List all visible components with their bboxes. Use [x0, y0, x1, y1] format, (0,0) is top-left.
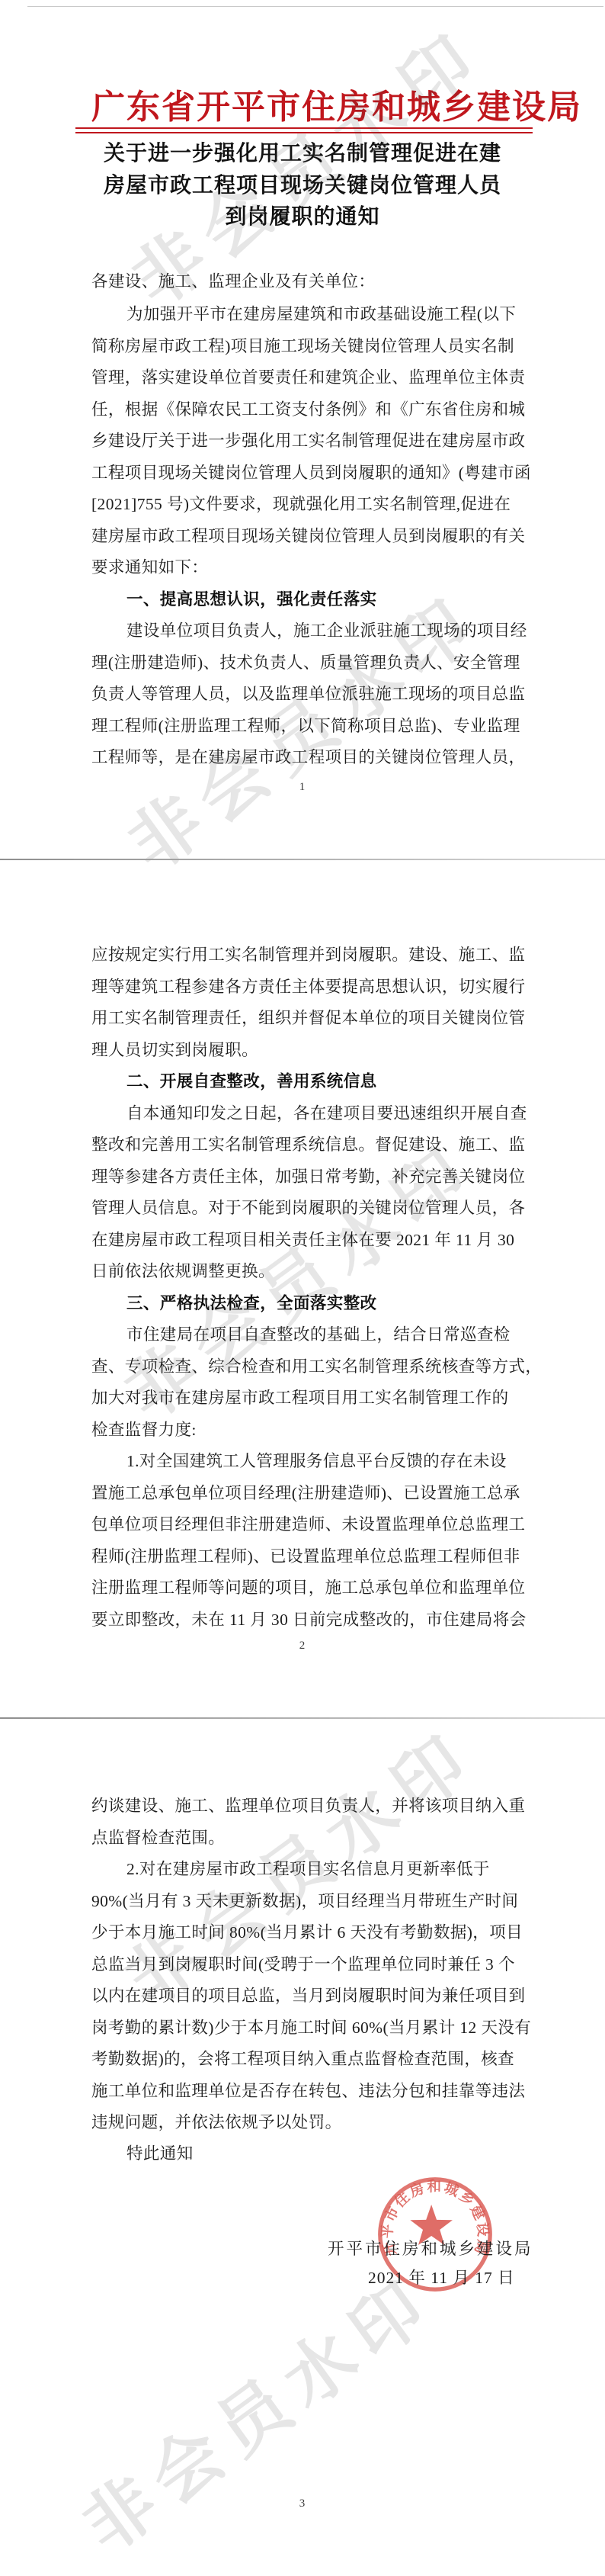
text-line: 注册监理工程师等问题的项目，施工总承包单位和监理单位	[91, 1572, 549, 1604]
signature-agency: 开平市住房和城乡建设局	[328, 2237, 571, 2260]
section-heading: 三、严格执法检查，全面落实整改	[91, 1288, 584, 1320]
text-line: 要立即整改，未在 11 月 30 日前完成整改的，市住建局将会	[91, 1604, 549, 1636]
text-line: 建房屋市政工程项目现场关键岗位管理人员到岗履职的有关	[91, 521, 549, 553]
official-notice-document: 广东省开平市住房和城乡建设局 关于进一步强化用工实名制管理促进在建 房屋市政工程…	[0, 0, 605, 2576]
title-line-2: 房屋市政工程项目现场关键岗位管理人员	[0, 170, 605, 202]
text-line: 理(注册建造师)、技术负责人、质量管理负责人、安全管理	[91, 647, 549, 679]
text-line: 2.对在建房屋市政工程项目实名信息月更新率低于	[91, 1854, 584, 1886]
page-number: 3	[0, 2497, 605, 2510]
text-line: 乡建设厅关于进一步强化用工实名制管理促进在建房屋市政	[91, 426, 549, 458]
text-line: 负责人等管理人员，以及监理单位派驻施工现场的项目总监	[91, 679, 549, 711]
text-line: 90%(当月有 3 天未更新数据)，项目经理当月带班生产时间	[91, 1886, 549, 1918]
text-line: 置施工总承包单位项目经理(注册建造师)、已设置施工总承	[91, 1478, 549, 1510]
text-line: 理等参建各方责任主体，加强日常考勤，补充完善关键岗位	[91, 1161, 549, 1193]
text-line: 点监督检查范围。	[91, 1823, 549, 1855]
agency-header: 广东省开平市住房和城乡建设局	[91, 79, 533, 128]
text-line: 少于本月施工时间 80%(当月累计 6 天没有考勤数据)，项目	[91, 1917, 549, 1949]
text-line: 考勤数据)的，会将工程项目纳入重点监督检查范围，核查	[91, 2044, 549, 2076]
text-line: 查、专项检查、综合检查和用工实名制管理系统核查等方式，	[91, 1351, 549, 1383]
text-line: 为加强开平市在建房屋建筑和市政基础设施工程(以下	[91, 299, 584, 331]
text-line: 违规问题，并依法依规予以处罚。	[91, 2107, 549, 2139]
text-line: 工程项目现场关键岗位管理人员到岗履职的通知》(粤建市函	[91, 458, 549, 490]
text-line: 日前依法依规调整更换。	[91, 1256, 549, 1288]
text-line: 工程师等，是在建房屋市政工程项目的关键岗位管理人员，	[91, 742, 549, 774]
signature-date: 2021 年 11 月 17 日	[368, 2266, 597, 2289]
page-number: 2	[0, 1640, 605, 1653]
text-line: 各建设、施工、监理企业及有关单位：	[91, 266, 549, 298]
text-line: 包单位项目经理但非注册建造师、未设置监理单位总监理工	[91, 1509, 549, 1541]
text-line: 管理人员信息。对于不能到岗履职的关键岗位管理人员，各	[91, 1193, 549, 1225]
text-line: 加大对我市在建房屋市政工程项目用工实名制管理工作的	[91, 1383, 549, 1415]
text-line: 程师(注册监理工程师)、已设置监理单位总监理工程师但非	[91, 1541, 549, 1573]
text-line: 简称房屋市政工程)项目施工现场关键岗位管理人员实名制	[91, 331, 549, 363]
text-line: 理等建筑工程参建各方责任主体要提高思想认识，切实履行	[91, 972, 549, 1004]
text-line: 用工实名制管理责任，组织并督促本单位的项目关键岗位管	[91, 1003, 549, 1035]
scan-edge-line	[27, 6, 603, 7]
text-line: 理工程师(注册监理工程师，以下简称项目总监)、专业监理	[91, 711, 549, 743]
text-line: 应按规定实行用工实名制管理并到岗履职。建设、施工、监	[91, 940, 549, 972]
text-line: 整改和完善用工实名制管理系统信息。督促建设、施工、监	[91, 1129, 549, 1161]
text-line: 检查监督力度:	[91, 1415, 549, 1447]
title-line-1: 关于进一步强化用工实名制管理促进在建	[0, 138, 605, 170]
text-line: 总监当月到岗履职时间(受聘于一个监理单位同时兼任 3 个	[91, 1949, 549, 1981]
text-line: 约谈建设、施工、监理单位项目负责人，并将该项目纳入重	[91, 1791, 549, 1823]
text-line: 理人员切实到岗履职。	[91, 1035, 549, 1067]
title-line-3: 到岗履职的通知	[0, 201, 605, 233]
page-divider	[0, 859, 605, 860]
text-line: 自本通知印发之日起，各在建项目要迅速组织开展自查	[91, 1098, 584, 1130]
page-divider	[0, 1717, 605, 1719]
text-line: 施工单位和监理单位是否存在转包、违法分包和挂靠等违法	[91, 2076, 549, 2108]
header-double-rule	[75, 127, 533, 133]
text-line: 任，根据《保障农民工工资支付条例》和《广东省住房和城	[91, 394, 549, 426]
text-line: 1.对全国建筑工人管理服务信息平台反馈的存在未设	[91, 1446, 584, 1478]
document-title: 关于进一步强化用工实名制管理促进在建 房屋市政工程项目现场关键岗位管理人员 到岗…	[0, 138, 605, 233]
section-heading: 二、开展自查整改，善用系统信息	[91, 1066, 584, 1098]
text-line: 岗考勤的累计数)少于本月施工时间 60%(当月累计 12 天没有	[91, 2012, 549, 2044]
text-line: 建设单位项目负责人，施工企业派驻施工现场的项目经	[91, 615, 584, 647]
text-line: 在建房屋市政工程项目相关责任主体在要 2021 年 11 月 30	[91, 1225, 549, 1257]
section-heading: 一、提高思想认识，强化责任落实	[91, 584, 584, 616]
page-number: 1	[0, 781, 605, 794]
text-line: 市住建局在项目自查整改的基础上，结合日常巡查检	[91, 1319, 584, 1351]
text-line: [2021]755 号)文件要求，现就强化用工实名制管理,促进在	[91, 489, 549, 521]
text-line: 特此通知	[91, 2138, 584, 2170]
text-line: 管理，落实建设单位首要责任和建筑企业、监理单位主体责	[91, 362, 549, 394]
text-line: 以内在建项目的项目总监，当月到岗履职时间为兼任项目到	[91, 1980, 549, 2012]
text-line: 要求通知如下：	[91, 552, 549, 584]
